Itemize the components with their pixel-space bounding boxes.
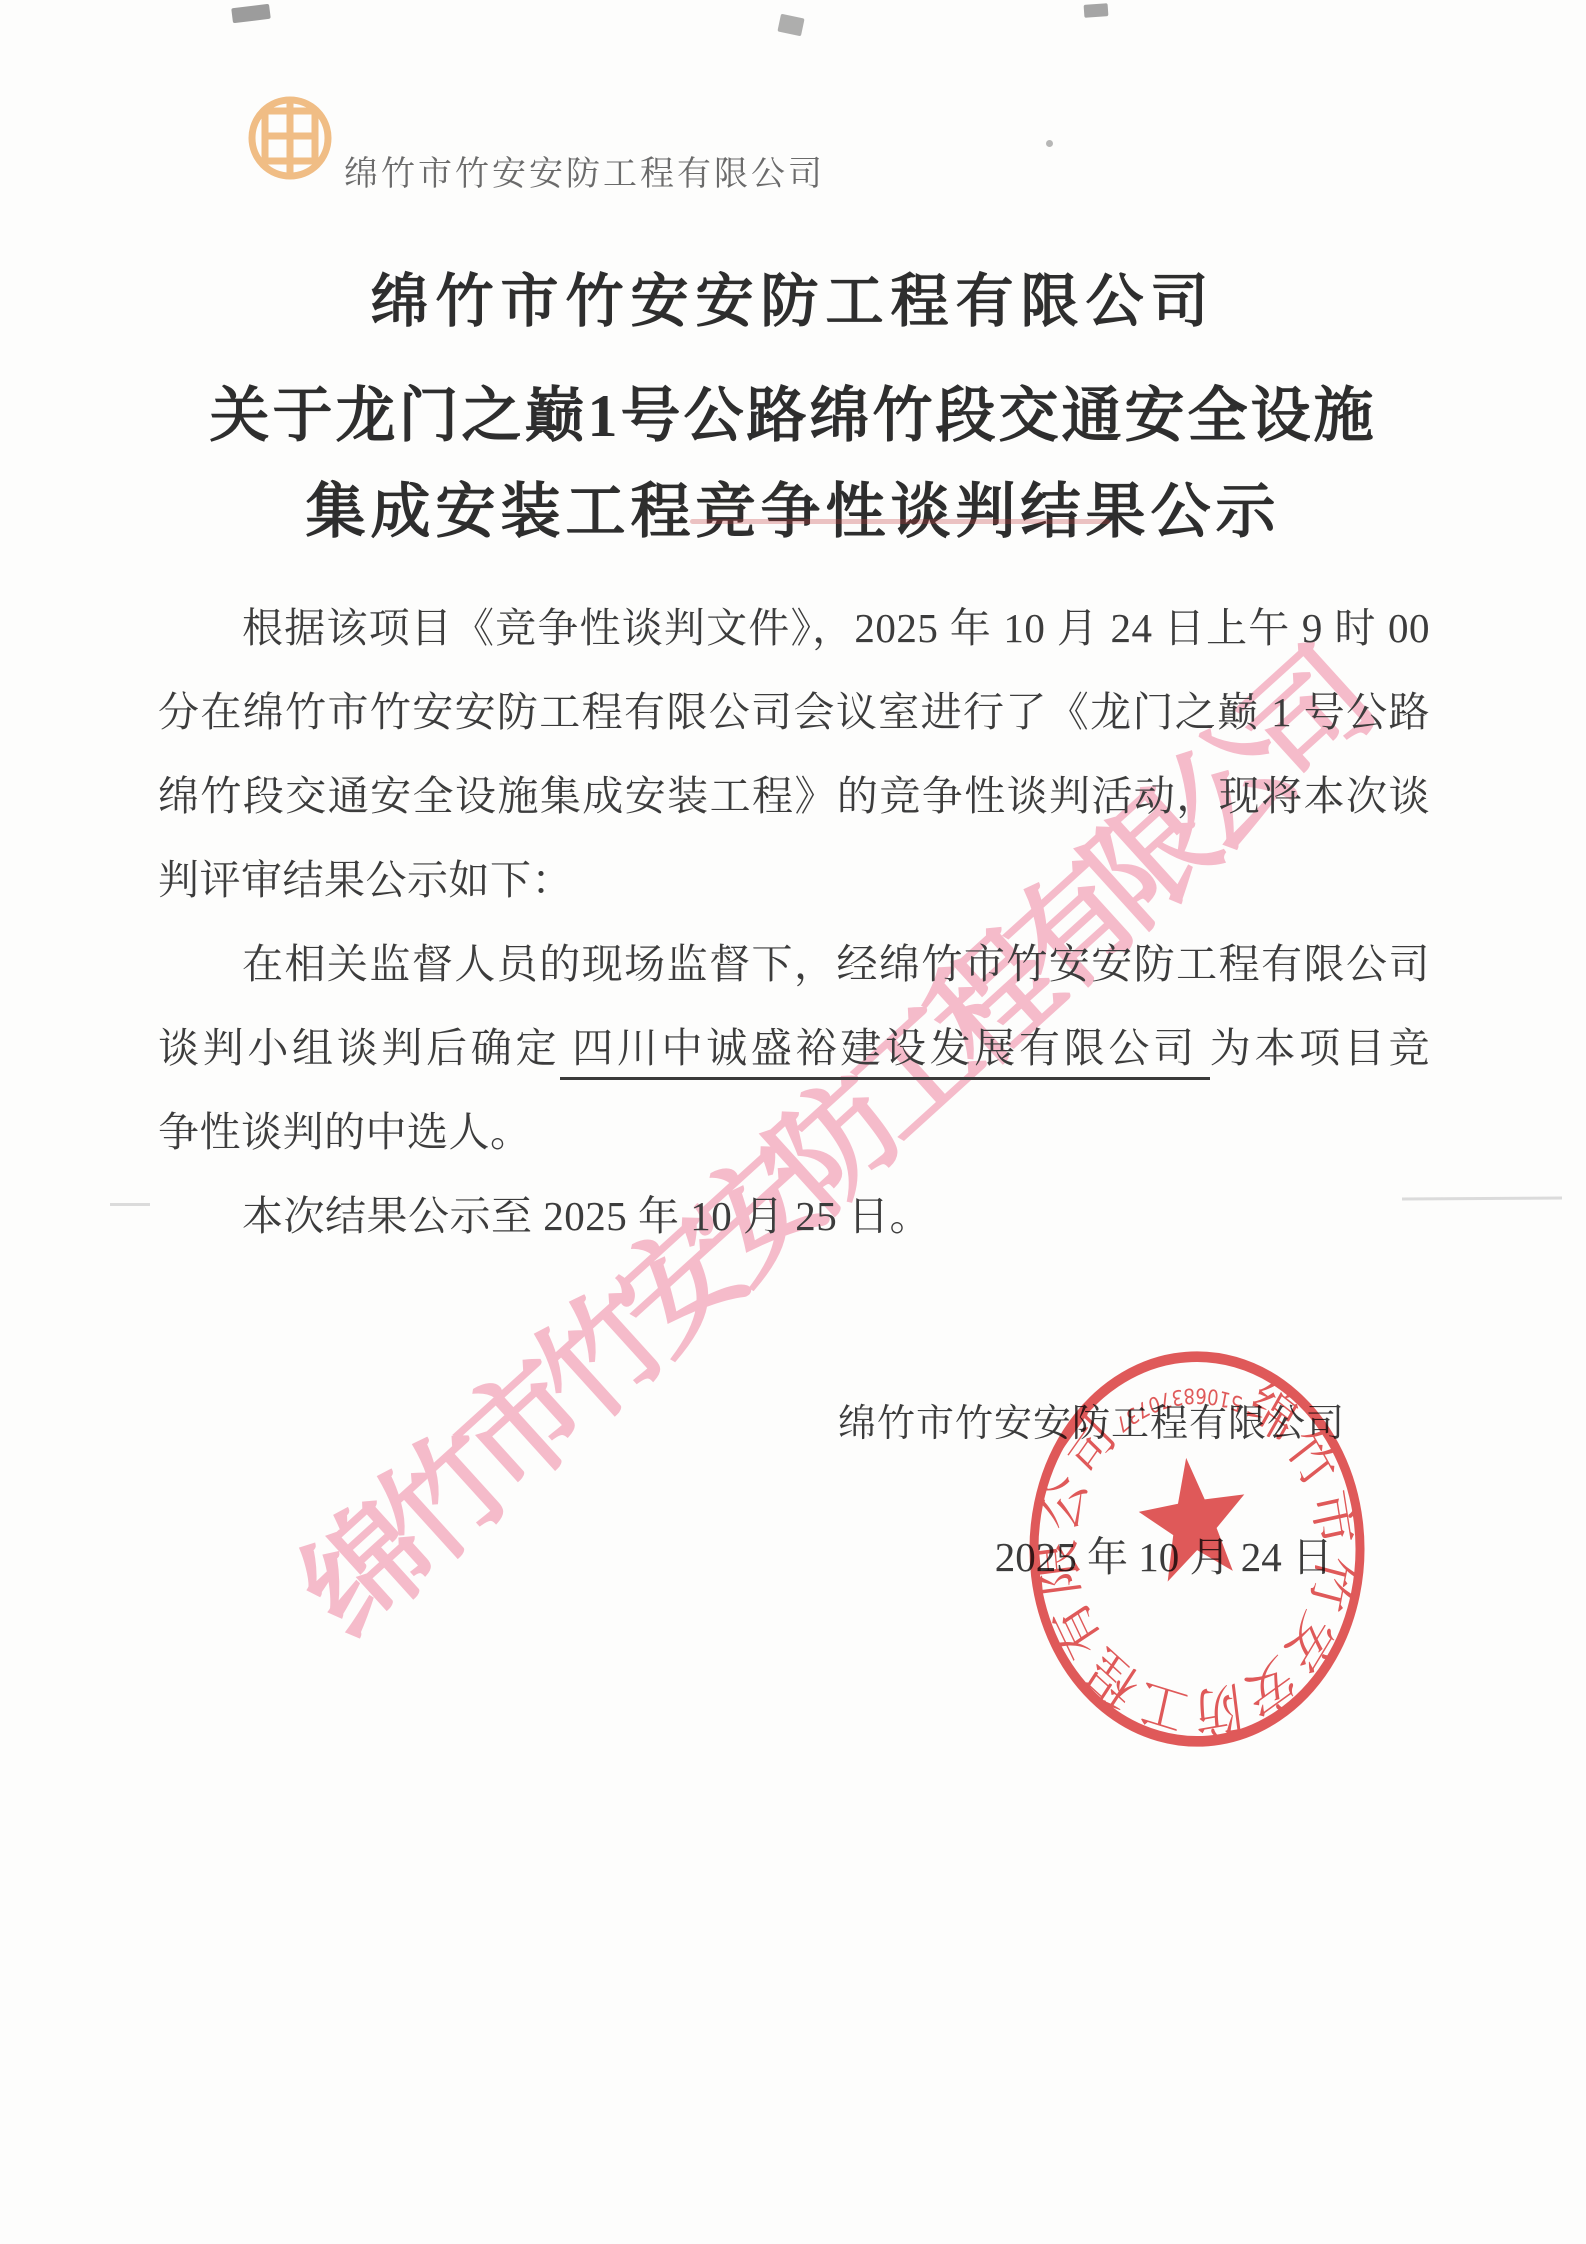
paragraph-line: 争性谈判的中选人。 (158, 1090, 1430, 1174)
scan-artifact (777, 14, 804, 37)
company-seal-stamp: 绵竹市竹安安防工程有限公司 5106837073737 (987, 1299, 1407, 1799)
title-line-2: 关于龙门之巅1号公路绵竹段交通安全设施 (0, 368, 1586, 454)
scan-artifact (110, 1203, 150, 1206)
document-page: 绵竹市竹安安防工程有限公司 绵竹市竹安安防工程有限公司 绵竹市竹安安防工程有限公… (0, 0, 1586, 2244)
winner-company-underlined: 四川中诚盛裕建设发展有限公司 (560, 1025, 1210, 1080)
title-line-3: 集成安装工程竞争性谈判结果公示 (0, 464, 1586, 550)
paragraph-line: 判评审结果公示如下： (158, 838, 1430, 922)
scan-artifact (231, 4, 271, 24)
scan-artifact (1046, 140, 1053, 147)
title-line-1: 绵竹市竹安安防工程有限公司 (0, 254, 1586, 338)
seal-star-icon (1133, 1449, 1253, 1585)
paragraph-line: 根据该项目《竞争性谈判文件》，2025 年 10 月 24 日上午 9 时 00 (158, 586, 1430, 670)
company-logo-icon (246, 94, 334, 182)
paragraph-line: 绵竹段交通安全设施集成安装工程》的竞争性谈判活动，现将本次谈 (158, 754, 1430, 838)
winner-suffix: 为本项目竞 (1210, 1025, 1430, 1071)
paragraph-line: 在相关监督人员的现场监督下，经绵竹市竹安安防工程有限公司 (158, 922, 1430, 1006)
winner-prefix: 谈判小组谈判后确定 (158, 1025, 560, 1071)
body-text: 根据该项目《竞争性谈判文件》，2025 年 10 月 24 日上午 9 时 00… (158, 586, 1430, 1258)
scan-ghost-line (690, 519, 1110, 524)
paragraph-line: 本次结果公示至 2025 年 10 月 25 日。 (158, 1174, 1430, 1258)
paragraph-line-winner: 谈判小组谈判后确定四川中诚盛裕建设发展有限公司为本项目竞 (158, 1006, 1430, 1090)
header-company-name: 绵竹市竹安安防工程有限公司 (344, 146, 825, 195)
paragraph-line: 分在绵竹市竹安安防工程有限公司会议室进行了《龙门之巅 1 号公路 (158, 670, 1430, 754)
scan-artifact (1084, 3, 1109, 18)
